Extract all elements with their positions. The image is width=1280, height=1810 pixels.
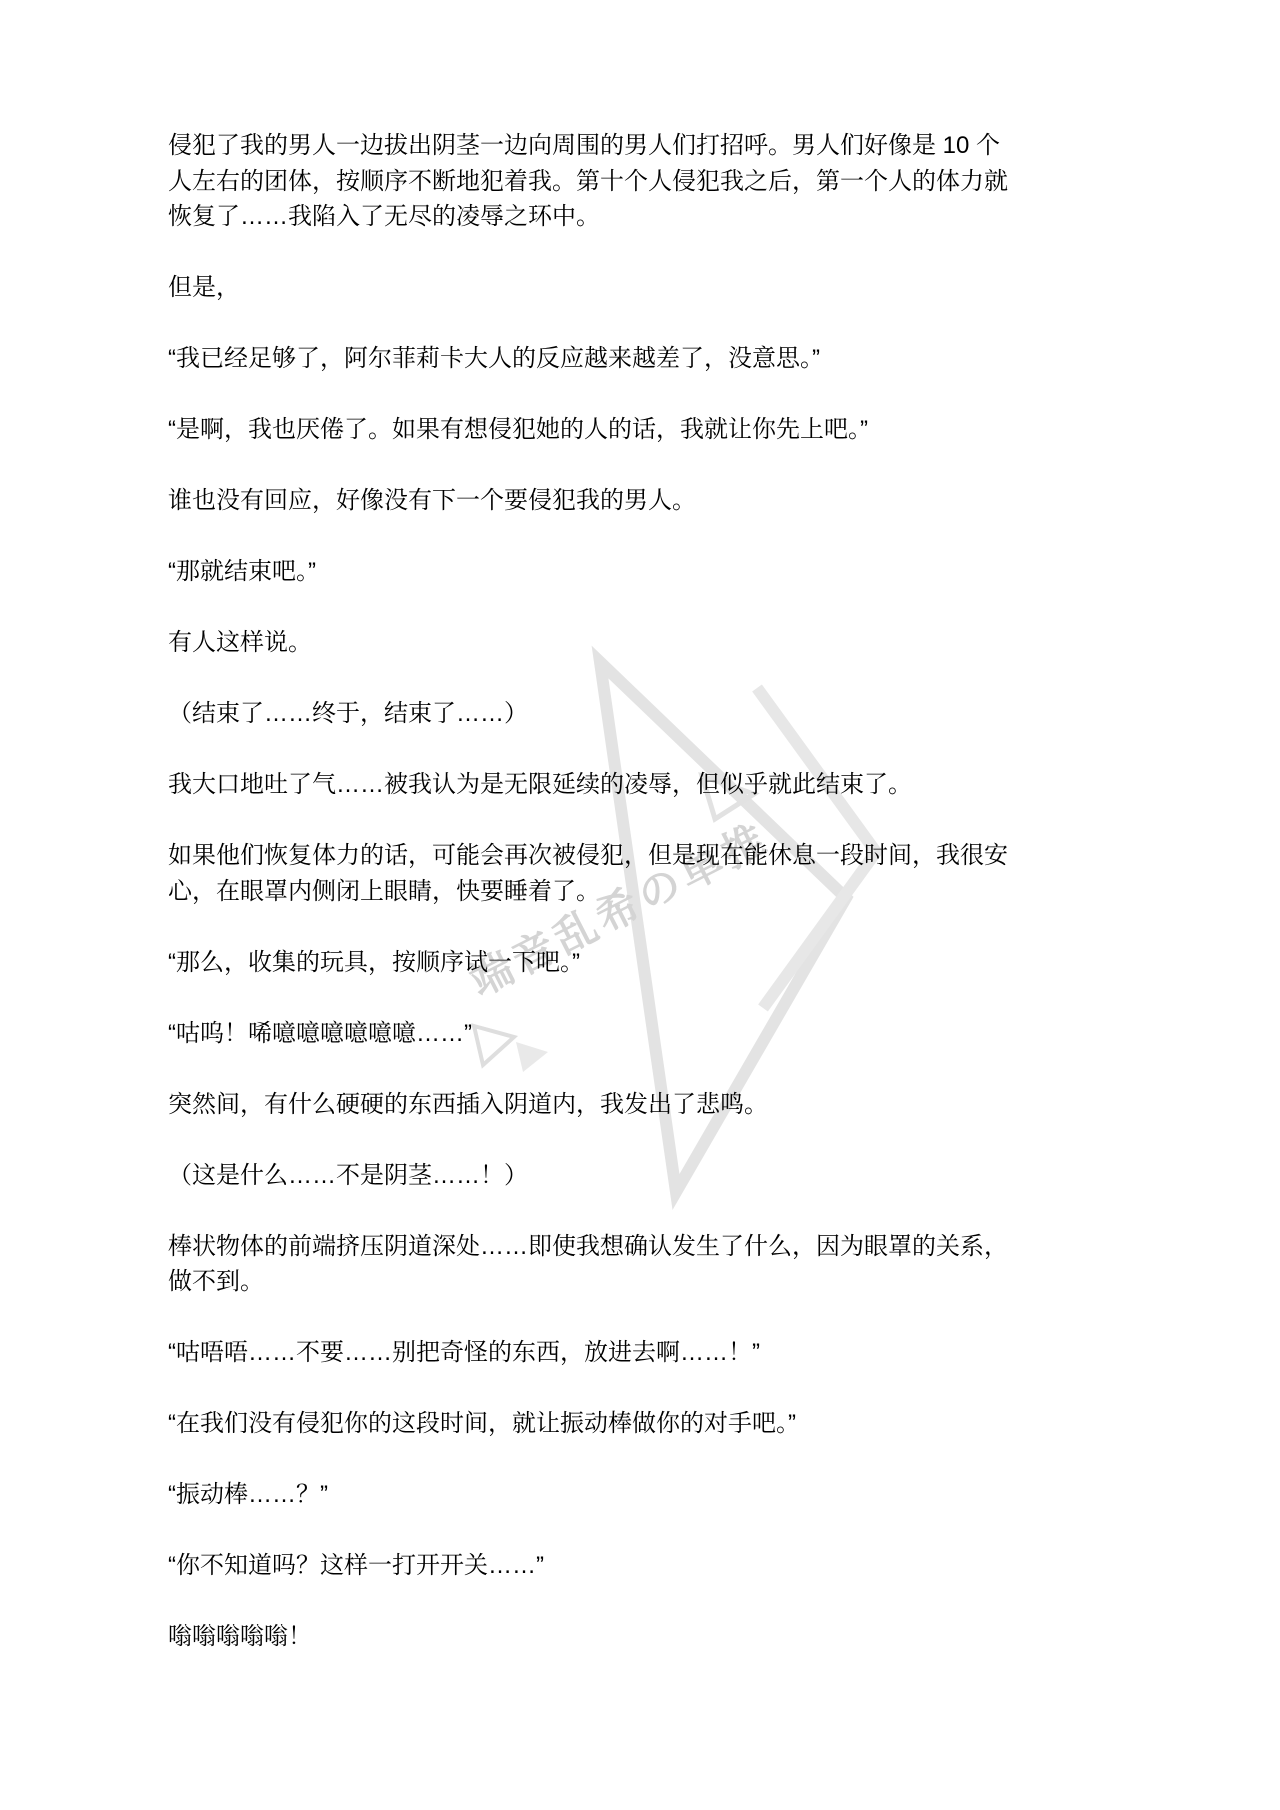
- dialogue-paragraph: “那就结束吧。”: [168, 554, 1014, 590]
- dialogue-paragraph: “那么，收集的玩具，按顺序试一下吧。”: [168, 945, 1014, 981]
- story-text: 侵犯了我的男人一边拔出阴茎一边向周围的男人们打招呼。男人们好像是 10 个人左右…: [168, 128, 1014, 1690]
- thought-paragraph: （结束了……终于，结束了……）: [168, 696, 1014, 732]
- narration-paragraph: 侵犯了我的男人一边拔出阴茎一边向周围的男人们打招呼。男人们好像是 10 个人左右…: [168, 128, 1014, 235]
- narration-paragraph: 棒状物体的前端挤压阴道深处……即使我想确认发生了什么，因为眼罩的关系，做不到。: [168, 1229, 1014, 1300]
- dialogue-paragraph: “咕呜！唏噫噫噫噫噫噫……”: [168, 1016, 1014, 1052]
- dialogue-paragraph: “是啊，我也厌倦了。如果有想侵犯她的人的话，我就让你先上吧。”: [168, 412, 1014, 448]
- dialogue-paragraph: “我已经足够了，阿尔菲莉卡大人的反应越来越差了，没意思。”: [168, 341, 1014, 377]
- dialogue-paragraph: “振动棒……？”: [168, 1477, 1014, 1513]
- dialogue-paragraph: “在我们没有侵犯你的这段时间，就让振动棒做你的对手吧。”: [168, 1406, 1014, 1442]
- narration-paragraph: 有人这样说。: [168, 625, 1014, 661]
- thought-paragraph: （这是什么……不是阴茎……！）: [168, 1158, 1014, 1194]
- document-page: 端音乱希の单推 侵犯了我的男人一边拔出阴茎一边向周围的男人们打招呼。男人们好像是…: [0, 0, 1280, 1810]
- narration-paragraph: 嗡嗡嗡嗡嗡！: [168, 1619, 1014, 1655]
- narration-paragraph: 突然间，有什么硬硬的东西插入阴道内，我发出了悲鸣。: [168, 1087, 1014, 1123]
- narration-paragraph: 如果他们恢复体力的话，可能会再次被侵犯，但是现在能休息一段时间，我很安心，在眼罩…: [168, 838, 1014, 909]
- narration-paragraph: 谁也没有回应，好像没有下一个要侵犯我的男人。: [168, 483, 1014, 519]
- dialogue-paragraph: “你不知道吗？这样一打开开关……”: [168, 1548, 1014, 1584]
- narration-paragraph: 我大口地吐了气……被我认为是无限延续的凌辱，但似乎就此结束了。: [168, 767, 1014, 803]
- narration-paragraph: 但是，: [168, 270, 1014, 306]
- dialogue-paragraph: “咕唔唔……不要……别把奇怪的东西，放进去啊……！”: [168, 1335, 1014, 1371]
